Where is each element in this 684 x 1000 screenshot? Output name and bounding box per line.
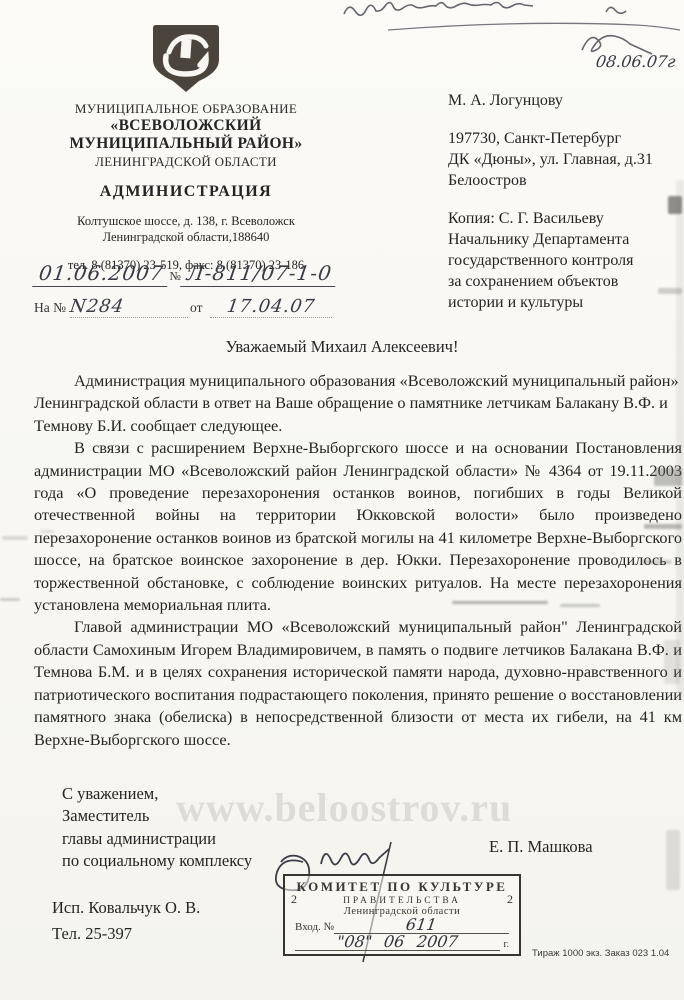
org-region: ЛЕНИНГРАДСКОЙ ОБЛАСТИ bbox=[18, 153, 354, 170]
copy-recipient-line1: Копия: С. Г. Васильеву bbox=[448, 208, 653, 229]
recipient-address-line3: Белоостров bbox=[448, 170, 653, 191]
stamp-region-line: Ленинградской области bbox=[285, 906, 519, 917]
org-type: МУНИЦИПАЛЬНОЕ ОБРАЗОВАНИЕ bbox=[18, 100, 354, 117]
number-sign: № bbox=[170, 269, 181, 284]
scanned-letter-page: 08.06.07г МУНИЦИПАЛЬНОЕ ОБРАЗОВАНИЕ «ВСЕ… bbox=[0, 0, 684, 1000]
stamp-date-month-handwritten: 06 bbox=[383, 935, 405, 949]
scan-artifact bbox=[668, 196, 682, 214]
scan-artifact bbox=[666, 830, 680, 890]
closing-block: С уважением, Заместитель главы администр… bbox=[62, 783, 252, 872]
recipient-name: М. А. Логунцову bbox=[448, 90, 653, 111]
outgoing-date-handwritten: 01.06.2007 bbox=[32, 261, 170, 287]
executor-name: Исп. Ковальчук О. В. bbox=[52, 895, 200, 921]
reference-label: На № bbox=[34, 300, 66, 316]
stamp-year-label: г. bbox=[504, 939, 509, 950]
reference-number-handwritten: N284 bbox=[69, 296, 126, 317]
reference-number-slot: N284 bbox=[70, 296, 188, 318]
sender-address-line2: Ленинградской области,188640 bbox=[18, 229, 354, 245]
closing-line1: С уважением, bbox=[62, 783, 252, 805]
paragraph-3: Главой администрации МО «Всеволожский му… bbox=[34, 616, 682, 750]
copy-recipient-line3: государственного контроля bbox=[448, 250, 653, 271]
executor-block: Исп. Ковальчук О. В. Тел. 25-397 bbox=[52, 895, 200, 947]
recipient-block: М. А. Логунцову 197730, Санкт-Петербург … bbox=[448, 90, 653, 313]
letter-body: Администрация муниципального образования… bbox=[34, 370, 682, 751]
print-run-info: Тираж 1000 экз. Заказ 023 1.04 bbox=[532, 948, 669, 959]
org-name-line1: «ВСЕВОЛОЖСКИЙ bbox=[18, 117, 354, 135]
incoming-stamp: КОМИТЕТ ПО КУЛЬТУРЕ ПРАВИТЕЛЬСТВА Ленинг… bbox=[283, 874, 521, 956]
executor-phone: Тел. 25-397 bbox=[52, 921, 200, 947]
outgoing-number-handwritten: Л-811/07-1-0 bbox=[180, 261, 338, 287]
paragraph-2: В связи с расширением Верхне-Выборгского… bbox=[34, 437, 682, 616]
stamp-right-mark: 2 bbox=[507, 892, 513, 907]
reference-line: На № N284 от 17.04.07 bbox=[34, 296, 332, 318]
spacer bbox=[448, 191, 653, 208]
stamp-number-handwritten: 611 bbox=[405, 918, 438, 932]
reference-from-label: от bbox=[190, 300, 202, 316]
spacer bbox=[448, 111, 653, 128]
copy-recipient-line4: за сохранением объектов bbox=[448, 271, 653, 292]
reference-date-slot: 17.04.07 bbox=[210, 296, 332, 318]
copy-recipient-line5: истории и культуры bbox=[448, 292, 653, 313]
signer-name: Е. П. Машкова bbox=[489, 837, 593, 857]
stamp-date-slot: "08" 06 2007 bbox=[295, 935, 500, 951]
stamp-incoming-label: Вход. № bbox=[295, 921, 334, 933]
org-administration: АДМИНИСТРАЦИЯ bbox=[18, 183, 354, 201]
signer-title-line2: главы администрации bbox=[62, 828, 252, 850]
letterhead: МУНИЦИПАЛЬНОЕ ОБРАЗОВАНИЕ «ВСЕВОЛОЖСКИЙ … bbox=[18, 22, 354, 273]
org-name-line2: МУНИЦИПАЛЬНЫЙ РАЙОН» bbox=[18, 135, 354, 153]
stamp-government-line: ПРАВИТЕЛЬСТВА bbox=[285, 896, 519, 906]
scan-artifact bbox=[0, 598, 20, 601]
copy-recipient-line2: Начальнику Департамента bbox=[448, 229, 653, 250]
signer-title-line3: по социальному комплексу bbox=[62, 850, 252, 872]
salutation: Уважаемый Михаил Алексеевич! bbox=[0, 337, 684, 357]
recipient-address-line2: ДК «Дюны», ул. Главная, д.31 bbox=[448, 149, 653, 170]
stamp-committee-line: КОМИТЕТ ПО КУЛЬТУРЕ bbox=[285, 879, 519, 895]
signer-title-line1: Заместитель bbox=[62, 805, 252, 827]
recipient-address-line1: 197730, Санкт-Петербург bbox=[448, 128, 653, 149]
stamp-date-row: "08" 06 2007 г. bbox=[285, 935, 519, 951]
stamp-date-day-handwritten: "08" bbox=[336, 935, 373, 949]
scan-artifact bbox=[2, 536, 28, 540]
registration-line: 01.06.2007 № Л-811/07-1-0 bbox=[34, 261, 337, 287]
sender-address-line1: Колтушское шоссе, д. 138, г. Всеволожск bbox=[18, 213, 354, 229]
scan-artifact bbox=[658, 288, 682, 294]
stamp-date-year-handwritten: 2007 bbox=[416, 935, 459, 949]
reference-date-handwritten: 17.04.07 bbox=[226, 296, 317, 317]
coat-of-arms-icon bbox=[149, 22, 223, 94]
stamp-left-mark: 2 bbox=[291, 892, 297, 907]
handwritten-resolution-date: 08.06.07г bbox=[595, 52, 677, 71]
paragraph-1: Администрация муниципального образования… bbox=[34, 370, 682, 437]
